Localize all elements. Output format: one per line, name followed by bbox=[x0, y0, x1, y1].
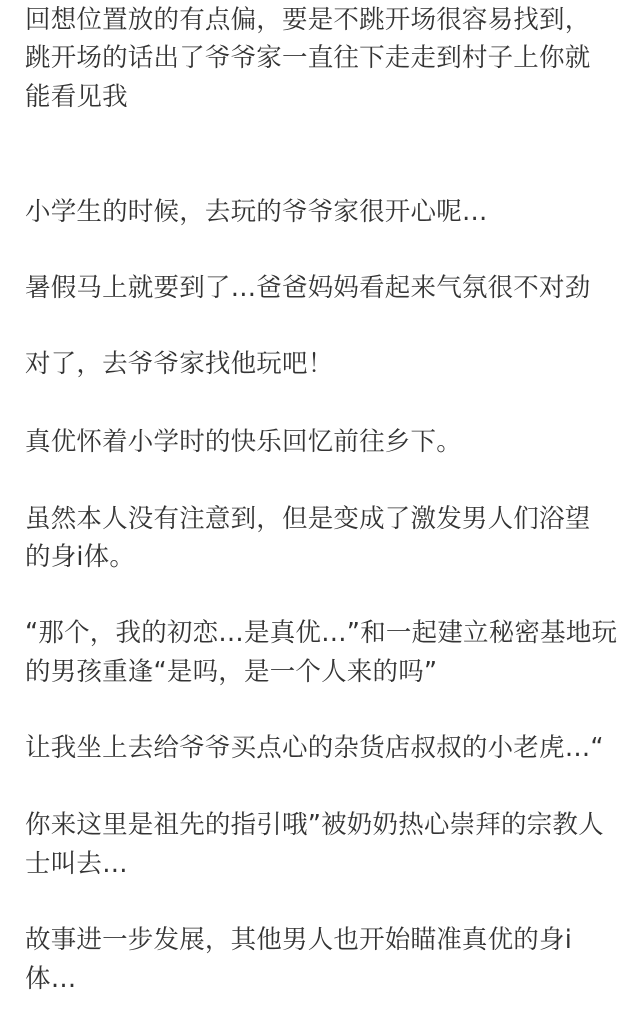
paragraph-7-line-2: 的男孩重逢“是吗，是一个人来的吗” bbox=[25, 654, 625, 690]
paragraph-5-line-1: 真优怀着小学时的快乐回忆前往乡下。 bbox=[25, 424, 625, 460]
paragraph-1-line-3: 能看见我 bbox=[25, 79, 625, 115]
paragraph-1-line-2: 跳开场的话出了爷爷家一直往下走走到村子上你就 bbox=[25, 40, 625, 76]
paragraph-10-line-1: 故事进一步发展，其他男人也开始瞄准真优的身i bbox=[25, 922, 625, 958]
paragraph-1-line-1: 回想位置放的有点偏，要是不跳开场很容易找到， bbox=[25, 2, 625, 38]
paragraph-3-line-1: 暑假马上就要到了…爸爸妈妈看起来气氛很不对劲 bbox=[25, 270, 625, 306]
paragraph-9-line-2: 士叫去… bbox=[25, 846, 625, 882]
paragraph-2-line-1: 小学生的时候，去玩的爷爷家很开心呢… bbox=[25, 194, 625, 230]
paragraph-6-line-2: 的身i体。 bbox=[25, 539, 625, 575]
paragraph-10-line-2: 体… bbox=[25, 961, 625, 997]
paragraph-7-line-1: “那个，我的初恋…是真优…”和一起建立秘密基地玩 bbox=[25, 615, 625, 651]
paragraph-8-line-1: 让我坐上去给爷爷买点心的杂货店叔叔的小老虎…“ bbox=[25, 730, 625, 766]
paragraph-6-line-1: 虽然本人没有注意到，但是变成了激发男人们浴望 bbox=[25, 501, 625, 537]
paragraph-4-line-1: 对了，去爷爷家找他玩吧！ bbox=[25, 346, 625, 382]
paragraph-9-line-1: 你来这里是祖先的指引哦”被奶奶热心崇拜的宗教人 bbox=[25, 807, 625, 843]
